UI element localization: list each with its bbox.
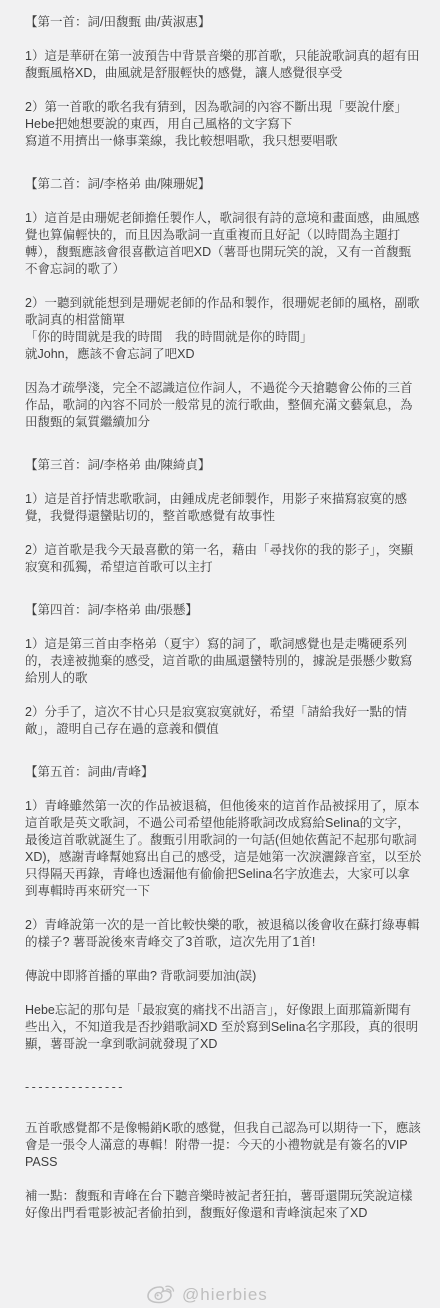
song-section-5: 【第五首：詞曲/青峰】 1）青峰雖然第一次的作品被退稿，但他後來的這首作品被採用… [25,764,422,1053]
section-heading: 【第三首：詞/李格弟 曲/陳綺貞】 [25,457,422,474]
weibo-eye-icon [146,1282,176,1307]
song-section-2: 【第二首：詞/李格弟 曲/陳珊妮】 1）這首是由珊妮老師擔任製作人，歌詞很有詩的… [25,176,422,431]
paragraph: 2）青峰說第一次的是一首比較快樂的歌，被退稿以後會收在蘇打綠專輯的樣子? 薯哥說… [25,917,422,951]
paragraph: 2）這首歌是我今天最喜歡的第一名，藉由「尋找你的我的影子」，突顯寂寞和孤獨，希望… [25,542,422,576]
closing-remarks: 五首歌感覺都不是像暢銷K歌的感覺，但我自己認為可以期待一下，應該會是一張令人滿意… [25,1120,422,1222]
section-heading: 【第五首：詞曲/青峰】 [25,764,422,781]
paragraph: 1）這是華研在第一波預告中背景音樂的那首歌，只能說歌詞真的超有田馥甄風格XD，曲… [25,48,422,82]
paragraph: 傳說中即將首播的單曲? 背歌詞要加油(誤) [25,968,422,985]
paragraph: 1）青峰雖然第一次的作品被退稿，但他後來的這首作品被採用了，原本這首歌是英文歌詞… [25,798,422,900]
weibo-watermark: @hierbies [146,1282,268,1307]
section-heading: 【第一首：詞/田馥甄 曲/黃淑惠】 [25,14,422,31]
song-section-3: 【第三首：詞/李格弟 曲/陳綺貞】 1）這是首抒情悲歌歌詞，由鍾成虎老師製作，用… [25,457,422,576]
section-heading: 【第四首：詞/李格弟 曲/張懸】 [25,602,422,619]
dashed-divider: --------------- [25,1079,422,1096]
paragraph: 2）第一首歌的歌名我有猜到，因為歌詞的內容不斷出現「要說什麼」 Hebe把她想要… [25,99,422,150]
paragraph: 2）分手了，這次不甘心只是寂寞寂寞就好，希望「請給我好一點的情敵」，證明自己存在… [25,704,422,738]
song-section-1: 【第一首：詞/田馥甄 曲/黃淑惠】 1）這是華研在第一波預告中背景音樂的那首歌，… [25,14,422,150]
paragraph: 2）一聽到就能想到是珊妮老師的作品和製作，很珊妮老師的風格，副歌歌詞真的相當簡單… [25,295,422,363]
section-heading: 【第二首：詞/李格弟 曲/陳珊妮】 [25,176,422,193]
song-section-4: 【第四首：詞/李格弟 曲/張懸】 1）這是第三首由李格弟（夏宇）寫的詞了，歌詞感… [25,602,422,738]
paragraph: 補一點：馥甄和青峰在台下聽音樂時被記者狂拍，薯哥還開玩笑說這樣好像出門看電影被記… [25,1188,422,1222]
paragraph: 1）這是首抒情悲歌歌詞，由鍾成虎老師製作，用影子來描寫寂寞的感覺，我覺得還蠻貼切… [25,491,422,525]
paragraph: 五首歌感覺都不是像暢銷K歌的感覺，但我自己認為可以期待一下，應該會是一張令人滿意… [25,1120,422,1171]
post-page: 【第一首：詞/田馥甄 曲/黃淑惠】 1）這是華研在第一波預告中背景音樂的那首歌，… [0,0,440,1308]
paragraph: Hebe忘記的那句是「最寂寞的痛找不出語言」，好像跟上面那篇新聞有些出入，不知道… [25,1002,422,1053]
paragraph: 1）這首是由珊妮老師擔任製作人，歌詞很有詩的意境和畫面感，曲風感覺也算偏輕快的，… [25,210,422,278]
paragraph: 1）這是第三首由李格弟（夏宇）寫的詞了，歌詞感覺也是走嘴硬系列的，表達被拋棄的感… [25,636,422,687]
watermark-handle: @hierbies [182,1286,268,1303]
paragraph: 因為才疏學淺，完全不認識這位作詞人，不過從今天搶聽會公佈的三首作品，歌詞的內容不… [25,380,422,431]
